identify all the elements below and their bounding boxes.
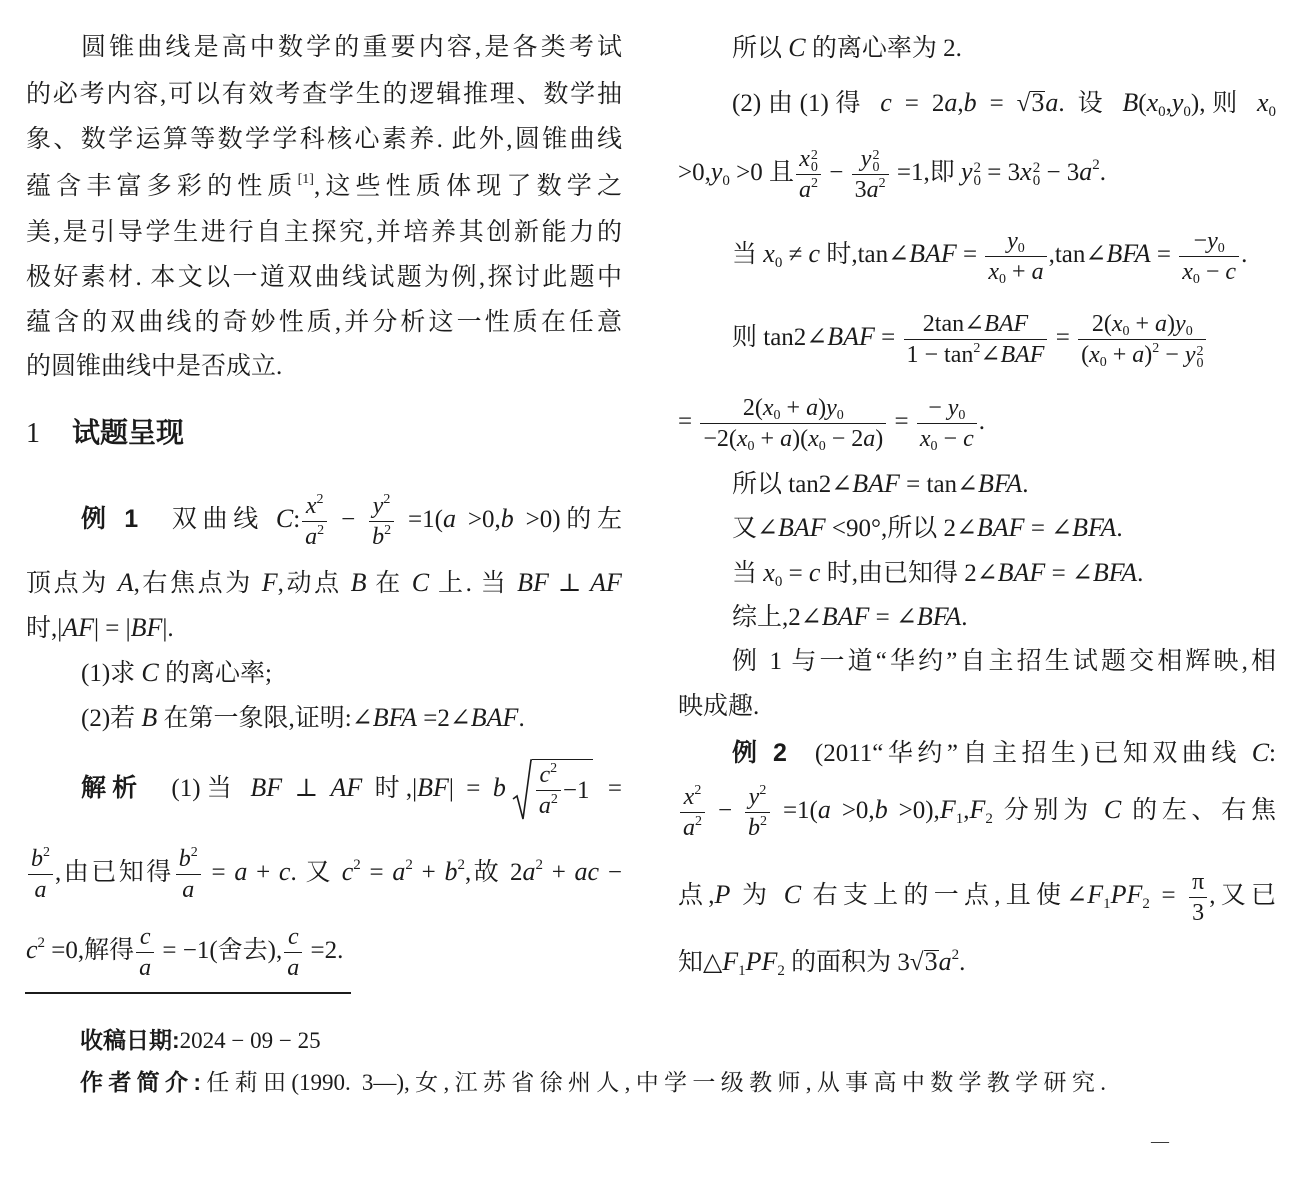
math-var: y — [749, 784, 760, 810]
math-var: C — [1104, 795, 1121, 824]
radical-sign: √ — [910, 949, 924, 976]
sub-superscript: 20 — [872, 150, 879, 174]
math-var: a — [1079, 157, 1092, 186]
text: 时,tan∠ — [820, 241, 909, 268]
subscript: 2 — [1142, 896, 1150, 912]
math-var: BFA — [1093, 558, 1137, 587]
math-var: c — [809, 239, 821, 268]
text: 则 tan2∠ — [732, 324, 827, 351]
text: ,又已 — [1209, 882, 1276, 909]
math-var: y — [1185, 342, 1196, 368]
text: 又∠ — [732, 515, 778, 542]
text: = — [1151, 241, 1178, 268]
text: − 3 — [1040, 159, 1079, 186]
text: = ∠ — [1025, 515, 1073, 542]
math-var: BAF — [822, 602, 870, 631]
math-var: C — [788, 33, 805, 62]
math-var: BAF — [909, 239, 957, 268]
math-var: P — [715, 880, 731, 909]
superscript: 2 — [879, 176, 886, 191]
sub-superscript: 20 — [811, 150, 818, 174]
text: 的左、右焦 — [1121, 797, 1276, 824]
text: =1,即 — [891, 159, 961, 186]
math-var: y — [1175, 311, 1186, 337]
text: = 2 — [892, 90, 945, 117]
math-var: x — [1112, 311, 1123, 337]
math-var: BAF — [827, 322, 875, 351]
square-root: √3 — [1017, 81, 1046, 127]
text: 点, — [678, 882, 715, 909]
text: = — [888, 408, 915, 435]
superscript: 2 — [760, 814, 767, 829]
math-var: F — [722, 947, 738, 976]
received-label: 收稿日期: — [80, 1027, 180, 1053]
math-var: a — [806, 395, 818, 421]
math-var: PF — [746, 947, 778, 976]
text: π — [1192, 869, 1204, 895]
math-var: b — [964, 88, 977, 117]
subscript: 0 — [1183, 104, 1191, 120]
math-var: x — [988, 259, 999, 285]
subscript: 0 — [837, 408, 844, 423]
text: ),则 — [1191, 90, 1257, 117]
text: 2tan∠ — [923, 311, 984, 337]
page: 圆锥曲线是高中数学的重要内容,是各类考试 的必考内容,可以有效考查学生的逻辑推理… — [0, 0, 1300, 1179]
math-var: a — [818, 795, 831, 824]
superscript: 2 — [759, 783, 766, 798]
math-var: BAF — [984, 311, 1028, 337]
text: 右支上的一点,且使∠ — [801, 882, 1087, 909]
numerator: π — [1189, 870, 1207, 898]
numerator: 2(x0 + a)y0 — [1078, 312, 1206, 340]
fraction: π3 — [1189, 870, 1207, 925]
subscript: 1 — [1103, 896, 1111, 912]
math-var: x — [684, 784, 695, 810]
superscript: 2 — [694, 783, 701, 798]
text: 综上,2∠ — [732, 604, 822, 631]
math-var: BAF — [778, 513, 826, 542]
numerator: y2 — [745, 785, 770, 813]
text: . — [1116, 515, 1122, 542]
math-var: a — [939, 947, 952, 976]
text: 为 — [730, 882, 783, 909]
text: . — [1241, 241, 1247, 268]
math-var: x — [1020, 157, 1032, 186]
fraction: −y0x0 − c — [1179, 229, 1239, 284]
author-bio-line: 作者简介:任莉田(1990. 3—),女,江苏省徐州人,中学一级教师,从事高中数… — [80, 1059, 1106, 1105]
text: = — [1049, 324, 1076, 351]
text: − 2 — [826, 426, 864, 452]
text: − — [823, 159, 850, 186]
subscript: 0 — [1193, 272, 1200, 287]
subscript: 0 — [811, 162, 818, 174]
text: . 设 — [1058, 90, 1122, 117]
math-var: a — [863, 426, 875, 452]
text: <90°,所以 2∠ — [826, 515, 977, 542]
math-var: c — [880, 88, 892, 117]
math-var: a — [683, 815, 695, 841]
text: − — [1200, 259, 1226, 285]
numerator: y0 — [985, 229, 1046, 257]
radicand: 3 — [1030, 91, 1045, 114]
math-var: x — [799, 146, 810, 172]
numerator: − y0 — [917, 396, 977, 424]
author-label: 作者简介: — [80, 1069, 201, 1095]
text: 1 − tan — [907, 342, 974, 368]
math-var: BAF — [977, 513, 1025, 542]
example-label: 例 2 — [732, 739, 787, 767]
subscript: 0 — [872, 162, 879, 174]
text: 的离心率为 2. — [806, 35, 962, 62]
example-2-line-1: 例 2(2011“华约”自主招生)已知双曲线 C: — [678, 730, 1276, 776]
subscript: 0 — [1196, 358, 1203, 370]
received-date-line: 收稿日期:2024 − 09 − 25 — [80, 1017, 321, 1063]
denominator: x0 − c — [1179, 257, 1239, 284]
fraction: x2a2 — [680, 785, 705, 840]
text: + — [1107, 342, 1133, 368]
right-line-6: = 2(x0 + a)y0−2(x0 + a)(x0 − 2a) = − y0x… — [678, 399, 1276, 445]
text: ∠ — [980, 342, 1000, 368]
sub-superscript: 20 — [1196, 346, 1203, 370]
math-var: F — [969, 795, 985, 824]
text: 2( — [743, 395, 763, 421]
fraction: y0x0 + a — [985, 229, 1046, 284]
math-var: a — [799, 177, 811, 203]
author-bio: 任莉田(1990. 3—),女,江苏省徐州人,中学一级教师,从事高中数学教学研究… — [201, 1070, 1106, 1095]
numerator: −y0 — [1179, 229, 1239, 257]
math-var: C — [784, 880, 801, 909]
math-var: y — [1207, 228, 1218, 254]
fraction: 2tan∠BAF1 − tan2∠BAF — [904, 312, 1048, 367]
math-var: y — [826, 395, 837, 421]
denominator: a2 — [796, 175, 821, 202]
math-var: b — [875, 795, 888, 824]
text: ( — [1138, 90, 1146, 117]
subscript: 0 — [999, 272, 1006, 287]
text: ,tan∠ — [1049, 241, 1107, 268]
math-var: x — [1089, 342, 1100, 368]
text: (2011“华约”自主招生)已知双曲线 — [815, 740, 1252, 767]
math-var: y — [1172, 88, 1184, 117]
text: ) — [818, 395, 826, 421]
radicand: 3 — [924, 950, 939, 973]
text: −2( — [703, 426, 737, 452]
math-var: a — [1132, 342, 1144, 368]
math-var: x — [808, 426, 819, 452]
text: >0 且 — [730, 159, 794, 186]
text: 3 — [855, 177, 867, 203]
fraction: y2b2 — [745, 785, 770, 840]
math-var: x — [763, 558, 775, 587]
right-line-1: 所以 C 的离心率为 2. — [678, 25, 1276, 71]
subscript: 2 — [985, 811, 993, 827]
math-var: y — [1007, 228, 1018, 254]
text: 当 — [732, 560, 763, 587]
text: + — [755, 426, 781, 452]
subscript: 0 — [1186, 324, 1193, 339]
text: ≠ — [782, 241, 808, 268]
text: . — [959, 949, 965, 976]
subscript: 0 — [931, 439, 938, 454]
text: 当 — [732, 241, 763, 268]
math-var: c — [963, 426, 974, 452]
subscript: 0 — [1123, 324, 1130, 339]
example-2-line-4: 知△F1PF2 的面积为 3√3a2. — [678, 939, 1276, 985]
math-var: c — [809, 558, 821, 587]
text: . — [1100, 159, 1106, 186]
subscript: 0 — [774, 408, 781, 423]
text: 2( — [1092, 311, 1112, 337]
text: . — [961, 604, 967, 631]
sub-superscript: 20 — [974, 162, 982, 188]
text: = ∠ — [1045, 560, 1093, 587]
text: . — [1022, 471, 1028, 498]
math-var: BAF — [852, 469, 900, 498]
math-var: x — [763, 395, 774, 421]
numerator: x2 — [680, 785, 705, 813]
right-line-12: 映成趣. — [678, 684, 1276, 730]
text: . — [1137, 560, 1143, 587]
text: 所以 tan2∠ — [732, 471, 852, 498]
math-var: x — [737, 426, 748, 452]
text: >0, — [678, 159, 711, 186]
subscript: 2 — [777, 963, 785, 979]
math-var: a — [1032, 259, 1044, 285]
math-var: a — [867, 177, 879, 203]
subscript: 0 — [1218, 241, 1225, 256]
superscript: 2 — [695, 814, 702, 829]
subscript: 0 — [819, 439, 826, 454]
math-var: BFA — [1106, 239, 1150, 268]
text: 分别为 — [993, 797, 1104, 824]
math-var: BFA — [978, 469, 1022, 498]
text: = — [782, 560, 809, 587]
math-var: c — [1225, 259, 1236, 285]
text: 知△ — [678, 949, 722, 976]
right-line-7: 所以 tan2∠BAF = tan∠BFA. — [678, 461, 1276, 507]
fraction: 2(x0 + a)y0−2(x0 + a)(x0 − 2a) — [700, 396, 886, 451]
text: = — [977, 90, 1017, 117]
radical-sign: √ — [1017, 90, 1031, 117]
math-var: a — [1045, 88, 1058, 117]
text: − — [938, 426, 964, 452]
right-line-8: 又∠BAF <90°,所以 2∠BAF = ∠BFA. — [678, 505, 1276, 551]
text: : — [1269, 740, 1276, 767]
math-var: x — [920, 426, 931, 452]
fraction: 2(x0 + a)y0(x0 + a)2 − y20 — [1078, 312, 1206, 367]
text: + — [1130, 311, 1156, 337]
math-var: b — [748, 815, 760, 841]
text: 所以 — [732, 35, 788, 62]
math-var: F — [940, 795, 956, 824]
text: − — [1194, 228, 1208, 254]
text: − — [928, 395, 948, 421]
right-line-3: >0,y0 >0 且x20a2 − y203a2 =1,即 y20 = 3x20… — [678, 149, 1276, 195]
text: = ∠ — [869, 604, 917, 631]
text: = 3 — [981, 159, 1020, 186]
fraction: x20a2 — [796, 147, 821, 202]
text: =1( — [772, 797, 818, 824]
math-var: B — [1122, 88, 1138, 117]
right-line-2: (2)由(1)得 c = 2a,b = √3a. 设 B(x0,y0),则 x0 — [678, 80, 1276, 126]
math-var: a — [1155, 311, 1167, 337]
page-marker: — — [1151, 1128, 1169, 1154]
text: = — [957, 241, 984, 268]
math-var: y — [711, 157, 723, 186]
text: = — [1150, 882, 1187, 909]
subscript: 0 — [958, 408, 965, 423]
denominator: 3 — [1189, 898, 1207, 925]
text: )( — [792, 426, 808, 452]
text: = tan∠ — [900, 471, 978, 498]
denominator: 3a2 — [852, 175, 889, 202]
math-var: a — [780, 426, 792, 452]
subscript: 0 — [974, 175, 982, 188]
example-2-line-3: 点,P 为 C 右支上的一点,且使∠F1PF2 = π3,又已 — [678, 872, 1276, 918]
superscript: 2 — [811, 176, 818, 191]
math-var: BFA — [917, 602, 961, 631]
math-var: a — [944, 88, 957, 117]
subscript: 0 — [1018, 241, 1025, 256]
numerator: 2(x0 + a)y0 — [700, 396, 886, 424]
text: 3 — [1192, 900, 1204, 926]
text: + — [1006, 259, 1032, 285]
text: − — [1159, 342, 1185, 368]
subscript: 0 — [1158, 104, 1166, 120]
math-var: x — [763, 239, 775, 268]
denominator: (x0 + a)2 − y20 — [1078, 340, 1206, 367]
fraction: y203a2 — [852, 147, 889, 202]
math-var: x — [1147, 88, 1159, 117]
math-var: PF — [1111, 880, 1143, 909]
text: = — [875, 324, 902, 351]
numerator: x20 — [796, 147, 821, 175]
math-var: C — [1252, 738, 1269, 767]
subscript: 0 — [722, 173, 730, 189]
text: ( — [1081, 342, 1089, 368]
text: + — [781, 395, 807, 421]
received-date: 2024 − 09 − 25 — [180, 1028, 321, 1053]
text: 的面积为 3 — [785, 949, 910, 976]
math-var: x — [1257, 88, 1269, 117]
math-var: BAF — [998, 558, 1046, 587]
text: (2)由(1)得 — [732, 90, 880, 117]
text: = — [678, 408, 698, 435]
square-root: √3 — [910, 940, 939, 986]
subscript: 0 — [1269, 104, 1277, 120]
text: 时,由已知得 2∠ — [820, 560, 997, 587]
denominator: b2 — [745, 813, 770, 840]
math-var: F — [1087, 880, 1103, 909]
denominator: 1 − tan2∠BAF — [904, 340, 1048, 367]
math-var: BAF — [1000, 342, 1044, 368]
text: >0), — [888, 797, 940, 824]
denominator: x0 + a — [985, 257, 1046, 284]
right-line-10: 综上,2∠BAF = ∠BFA. — [678, 594, 1276, 640]
right-line-5: 则 tan2∠BAF = 2tan∠BAF1 − tan2∠BAF = 2(x0… — [678, 314, 1276, 360]
subscript: 0 — [748, 439, 755, 454]
right-line-9: 当 x0 = c 时,由已知得 2∠BAF = ∠BFA. — [678, 550, 1276, 596]
math-var: y — [861, 146, 872, 172]
denominator: −2(x0 + a)(x0 − 2a) — [700, 424, 886, 451]
denominator: x0 − c — [917, 424, 977, 451]
fraction: − y0x0 − c — [917, 396, 977, 451]
numerator: y20 — [852, 147, 889, 175]
denominator: a2 — [680, 813, 705, 840]
text: . — [979, 408, 985, 435]
numerator: 2tan∠BAF — [904, 312, 1048, 340]
math-var: y — [948, 395, 959, 421]
right-column: 所以 C 的离心率为 2. (2)由(1)得 c = 2a,b = √3a. 设… — [0, 0, 1300, 1179]
right-line-11: 例 1 与一道“华约”自主招生试题交相辉映,相 — [678, 639, 1276, 685]
math-var: x — [1182, 259, 1193, 285]
text: ) — [875, 426, 883, 452]
subscript: 1 — [738, 963, 746, 979]
text: − — [707, 797, 743, 824]
text: >0, — [831, 797, 875, 824]
right-line-4: 当 x0 ≠ c 时,tan∠BAF = y0x0 + a,tan∠BFA = … — [678, 231, 1276, 277]
math-var: y — [961, 157, 973, 186]
subscript: 0 — [1100, 355, 1107, 370]
math-var: BFA — [1072, 513, 1116, 542]
example-2-line-2: x2a2 − y2b2 =1(a >0,b >0),F1,F2 分别为 C 的左… — [678, 787, 1276, 833]
text: ) — [1167, 311, 1175, 337]
superscript: 2 — [1092, 157, 1100, 173]
